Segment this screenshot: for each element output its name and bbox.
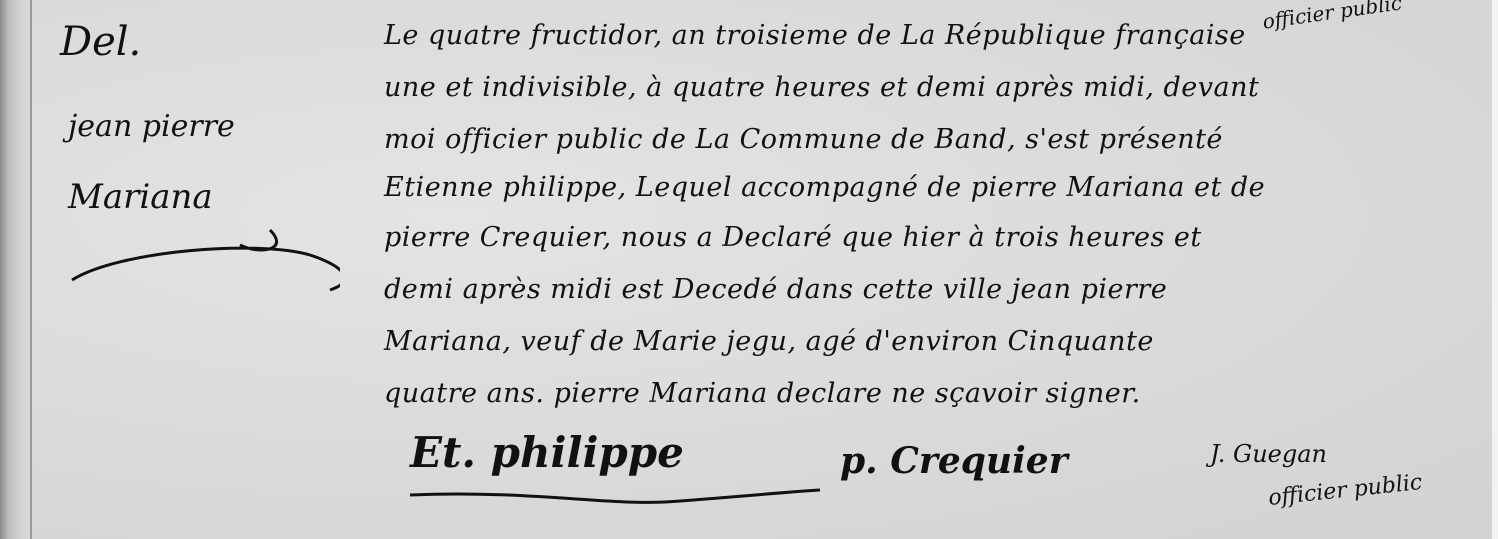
page-binding-edge [0, 0, 32, 539]
body-line-6: demi après midi est Decedé dans cette vi… [384, 274, 1167, 305]
interlinear-note: officier public [1261, 0, 1403, 34]
signature-crequier: p. Crequier [840, 440, 1068, 482]
margin-label: Del. [60, 22, 141, 62]
margin-flourish [60, 225, 340, 295]
margin-name-first: jean pierre [68, 112, 235, 142]
signature-philippe: Et. philippe [410, 428, 684, 477]
body-line-2: une et indivisible, à quatre heures et d… [384, 72, 1259, 103]
body-line-4: Etienne philippe, Lequel accompagné de p… [384, 172, 1265, 203]
signature-officer-title: officier public [1267, 470, 1423, 511]
body-line-3: moi officier public de La Commune de Ban… [384, 124, 1223, 155]
document-page: Del. jean pierre Mariana officier public… [0, 0, 1498, 539]
body-line-5: pierre Crequier, nous a Declaré que hier… [384, 222, 1202, 253]
body-line-1: Le quatre fructidor, an troisieme de La … [384, 20, 1246, 51]
body-line-7: Mariana, veuf de Marie jegu, agé d'envir… [384, 326, 1154, 357]
signature-underline [405, 480, 825, 510]
page-right-edge [1492, 0, 1498, 539]
signature-officer-name: J. Guegan [1210, 440, 1327, 468]
margin-name-surname: Mariana [68, 180, 213, 214]
body-line-8: quatre ans. pierre Mariana declare ne sç… [384, 378, 1141, 409]
